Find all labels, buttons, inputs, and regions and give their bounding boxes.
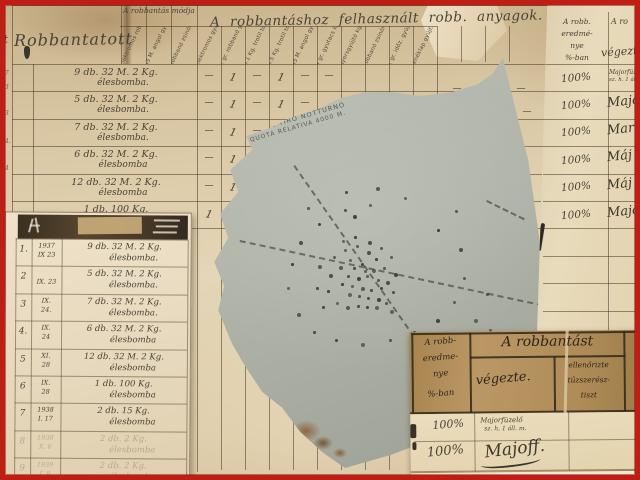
- materials-col-header: elektromos gyutacs: [197, 26, 221, 64]
- grid-hline: [543, 146, 640, 147]
- impact-dot: [383, 267, 386, 270]
- materials-col-header: 0.1 Kg. trotil töltény: [245, 26, 269, 64]
- impact-dot: [327, 290, 330, 293]
- inset-row-qty: 7 db. 32 M. 2 Kg.: [63, 297, 185, 308]
- grid-hline: [543, 256, 640, 257]
- grid-line: [470, 355, 626, 359]
- mode-col-header-label: Elektromos robbantó felszereléssel: [121, 26, 146, 64]
- band-torn-patch: [78, 217, 142, 235]
- grid-hline: [15, 348, 187, 350]
- materials-col-header-label: 2 gr. robbanó gyutacs: [221, 26, 245, 64]
- row-qty: 5 db. 32 M. 2 Kg.: [38, 94, 194, 105]
- impact-dot: [333, 256, 336, 259]
- inset-row-date2: 24.: [32, 305, 60, 313]
- impact-dot: [437, 229, 440, 232]
- executor-signature: Máj: [606, 148, 633, 166]
- inset-row-date1: IX.: [32, 324, 60, 332]
- executor-signature-note: sz. h. 1 áll. m.: [609, 77, 640, 83]
- grid-vline: [509, 26, 510, 62]
- row-type: élesbomba: [58, 188, 188, 198]
- impact-dot: [436, 319, 440, 323]
- ledger-mark: 1: [198, 206, 221, 223]
- inset-photo-table: 1.1937IX 239 db. 32 M. 2 Kg.élesbomba.2I…: [3, 211, 192, 478]
- grid-hline: [543, 283, 640, 284]
- impact-dot: [375, 306, 379, 310]
- inset-photo-signatures: A robb- eredme- nye %-ban A robbantást v…: [409, 330, 640, 478]
- ledger-mark: —: [199, 98, 219, 108]
- result-value: 100%: [551, 97, 602, 113]
- row-qty: 9 db. 32 M. 2 Kg.: [38, 67, 194, 78]
- crosshair-dashed-line-shallow: [240, 240, 544, 306]
- impact-dot: [361, 287, 365, 291]
- grid-hline: [12, 64, 545, 65]
- impact-dot: [392, 291, 395, 294]
- grid-vline: [197, 5, 198, 472]
- inset-row-date1: 1939: [31, 461, 59, 469]
- impact-dot: [364, 270, 367, 273]
- impact-dot: [394, 273, 398, 277]
- impact-dot: [366, 275, 369, 278]
- materials-col-header-label: gyorsgyújtó kgl. kno.: [341, 26, 365, 64]
- inset-row-num: 7: [15, 409, 29, 419]
- inset-row-date2: I. 17: [31, 415, 59, 423]
- impact-dot: [358, 295, 361, 298]
- grid-vline: [608, 12, 609, 335]
- grid-hline: [543, 201, 640, 202]
- inset-row-date2: X. 6: [31, 442, 59, 450]
- grid-hline: [15, 403, 187, 405]
- dashed-segment: [486, 200, 525, 220]
- impact-dot: [353, 267, 356, 270]
- executor-header-line: A ro: [611, 17, 628, 26]
- impact-dot: [385, 302, 388, 305]
- result-value: 100%: [551, 152, 602, 168]
- impact-dot: [354, 236, 357, 239]
- impact-dot: [377, 298, 381, 302]
- margin-fragment: 37: [1, 70, 9, 77]
- executor-signature: Mar: [606, 120, 635, 138]
- result-value: 100%: [551, 69, 602, 85]
- result-header-line: nye: [549, 41, 605, 50]
- row-qty: 7 db. 32 M. 2 Kg.: [38, 122, 194, 133]
- inset-executed-label: végezte.: [475, 369, 531, 388]
- ledger-mark: —: [199, 181, 219, 191]
- materials-col-header-label: 0.1 Kg. trotil töltény: [245, 26, 269, 64]
- mode-col-header-label: 35 M. angol gyújtó zsinórral: [146, 26, 171, 64]
- impact-dot: [336, 302, 339, 305]
- materials-col-header-label: 0.5 Kg. trotil töltény: [269, 26, 293, 64]
- impact-dot: [474, 319, 478, 323]
- inset-row-qty: 2 db. 15 Kg.: [63, 406, 185, 417]
- executor-signature: Majorfüzelő: [609, 69, 640, 76]
- impact-dot: [307, 207, 310, 210]
- impact-dot: [389, 339, 392, 342]
- ledger-mark: 1: [222, 124, 245, 141]
- inset-checked-line: ellenőrizte: [556, 360, 622, 370]
- impact-dot: [486, 293, 489, 296]
- impact-dot: [368, 241, 372, 245]
- materials-col-header-label: elektromos gyutacs: [197, 26, 221, 64]
- inset-row-date2: 28: [32, 388, 60, 396]
- inset-row-qty: 9 db. 32 M. 2 Kg.: [64, 242, 186, 253]
- inset-row-date2: 24: [32, 333, 60, 341]
- impact-dot: [356, 245, 359, 248]
- materials-col-header-label: 1 gr. időz. gyújtás gyutacs A-m.: [389, 26, 413, 64]
- band-small-text: [154, 219, 180, 221]
- impact-dot: [346, 306, 350, 310]
- grid-hline: [543, 228, 640, 229]
- materials-col-header-label: 35 M. angol gyújtó zsinór: [293, 26, 317, 64]
- impact-dot: [339, 266, 343, 270]
- ledger-mark: —: [512, 84, 530, 94]
- inset-result-header-line: A robb-: [413, 335, 468, 349]
- grid-hline: [543, 91, 640, 92]
- executor-signature: Major: [606, 202, 640, 221]
- result-header-line: A robb.: [549, 17, 605, 26]
- inset-row-date1: 1938: [32, 406, 60, 414]
- impact-dot: [390, 310, 394, 314]
- inset-row-qty: 12 db. 32 M. 2 Kg.: [63, 351, 185, 362]
- materials-col-header: fenéklap gyújt. kgl. km.: [413, 26, 437, 64]
- margin-fragment: 24: [1, 165, 9, 172]
- grid-vline: [485, 26, 486, 62]
- inset-row-num: 1.: [17, 244, 31, 254]
- impact-dot: [297, 313, 301, 317]
- executor-signature: Major: [606, 92, 640, 111]
- impact-dot: [291, 263, 294, 266]
- band-chalk-mark: [30, 225, 40, 227]
- mode-col-header: 35 M. angol gyújtó zsinórral: [146, 26, 171, 64]
- result-value: 100%: [551, 206, 602, 222]
- inset-row-type: élesbomba.: [84, 253, 184, 264]
- inset-row-qty: 5 db. 32 M. 2 Kg.: [63, 269, 185, 280]
- grid-hline: [15, 321, 187, 323]
- result-value: 100%: [551, 179, 602, 195]
- grid-hline: [16, 238, 188, 240]
- column-title-mode: A robbantás módja: [123, 7, 195, 16]
- impact-dot: [287, 287, 290, 290]
- mode-col-header-label: Robbanó zsinórral: [171, 26, 196, 64]
- materials-col-header: 2 gr. robbanó gyutacs: [221, 26, 245, 64]
- column-title-robbantatott: Robbantatott: [14, 29, 133, 50]
- ledger-mark: —: [319, 71, 339, 81]
- impact-dot: [348, 293, 352, 297]
- materials-col-header-label: fenéklap gyújt. kgl. km.: [413, 26, 437, 64]
- ledger-mark: 1: [222, 69, 245, 86]
- grid-hline: [543, 311, 640, 312]
- impact-dot: [353, 215, 357, 219]
- impact-dot: [369, 204, 372, 207]
- ledger-mark: —: [199, 71, 219, 81]
- inset-signature-name: Majorfüzelő: [480, 416, 523, 424]
- impact-dot: [318, 265, 322, 269]
- grid-hline: [12, 5, 637, 6]
- grid-hline: [14, 430, 186, 432]
- impact-dot: [455, 210, 458, 213]
- inset-row-date1: 1938: [31, 433, 59, 441]
- row-type: élesbomba: [58, 160, 188, 170]
- inset-row-type: élesbomba: [82, 417, 182, 428]
- ledger-mark: —: [518, 107, 536, 117]
- inset-row-date1: 1937: [33, 242, 61, 250]
- inset-row-num: 9: [15, 464, 29, 474]
- impact-dot: [390, 256, 393, 259]
- photographed-ledger-page: lt Robbantatott A robbantás módja A robb…: [0, 0, 640, 480]
- inset-row-type: élesbomba: [82, 472, 182, 479]
- inset-row-date1: IX.: [32, 296, 60, 304]
- impact-dot: [370, 289, 373, 292]
- grid-hline: [15, 375, 187, 377]
- inset-row-num: 2: [16, 272, 30, 282]
- inset-row-type: élesbomba.: [83, 308, 183, 319]
- inset-row-date1: XI.: [32, 351, 60, 359]
- row-type: élesbomba.: [58, 105, 188, 115]
- dark-edge-speck: [412, 442, 416, 450]
- result-value: 100%: [551, 124, 602, 140]
- inset-result-header-line: eredme-: [413, 351, 468, 365]
- inset-checked-line: tiszt: [556, 390, 622, 400]
- margin-fragment: 8: [1, 192, 5, 199]
- margin-fragment: 23: [1, 110, 9, 117]
- materials-col-header: gyorsgyújtó kgl. kno.: [341, 26, 365, 64]
- ledger-mark: —: [295, 98, 315, 108]
- grid-hline: [14, 458, 186, 460]
- ledger-mark: 1: [270, 96, 293, 113]
- grid-hline: [16, 266, 188, 268]
- impact-dot: [361, 343, 365, 347]
- impact-dot: [344, 249, 347, 252]
- inset-row-type: élesbomba.: [83, 280, 183, 291]
- inset-row-type: élesbomba: [83, 362, 183, 373]
- left-edge-fragment: lt: [0, 33, 8, 46]
- inset-row-num: 4.: [16, 327, 30, 337]
- row-type: élesbomba.: [58, 133, 188, 143]
- mode-col-header: Robbanó zsinórral: [171, 26, 196, 64]
- impact-dot: [372, 269, 376, 273]
- dark-edge-speck: [410, 424, 416, 438]
- inset-row-date1: IX.: [32, 379, 60, 387]
- grid-vline: [221, 26, 222, 470]
- inset-row-num: 8: [15, 436, 29, 446]
- impact-dot: [322, 306, 325, 309]
- grid-vline: [186, 240, 189, 476]
- grid-hline: [543, 119, 640, 120]
- inset-row-type: élesbomba: [83, 335, 183, 346]
- ledger-mark: 1: [222, 96, 245, 113]
- inset-row-qty: 2 db. 2 Kg.: [62, 461, 184, 472]
- inset-row-qty: 6 db. 32 M. 2 Kg.: [63, 324, 185, 335]
- impact-dot: [463, 277, 466, 280]
- executor-header-line: végezte: [601, 44, 640, 60]
- ledger-mark: 1: [270, 69, 293, 86]
- impact-dot: [357, 277, 361, 281]
- result-header-line: %-ban: [549, 53, 605, 62]
- impact-dot: [453, 301, 456, 304]
- grid-vline: [461, 26, 462, 62]
- impact-dot: [299, 241, 303, 245]
- row-type: élesbomba.: [58, 78, 188, 88]
- impact-dot: [341, 283, 344, 286]
- grid-hline: [543, 64, 640, 65]
- inset-row-num: 6: [16, 381, 30, 391]
- impact-dot: [335, 339, 338, 342]
- rust-stain: [333, 448, 347, 458]
- inset-signature-note: sz. h. 1 áll. m.: [484, 425, 526, 432]
- grid-hline: [15, 293, 187, 295]
- margin-fragment: 23: [1, 84, 9, 91]
- inset-row-date2: IX. 23: [32, 278, 60, 286]
- impact-dot: [344, 209, 347, 212]
- inset-row-num: 5: [16, 354, 30, 364]
- band-small-text: [153, 231, 177, 233]
- inset-row-type: élesbomba: [82, 445, 182, 456]
- impact-dot: [459, 248, 463, 252]
- impact-dot: [351, 285, 354, 288]
- row-qty: 6 db. 32 M. 2 Kg.: [38, 149, 194, 160]
- inset-row-num: 3: [16, 299, 30, 309]
- materials-col-header: 3 gr. gyutacs kno.: [317, 26, 341, 64]
- impact-dot: [357, 305, 360, 308]
- impact-dot: [377, 279, 380, 282]
- inset-span-title: A robbantást: [471, 333, 623, 351]
- impact-dot: [380, 247, 383, 250]
- impact-dot: [367, 297, 370, 300]
- inset-row-qty: 2 db. 2 Kg.: [62, 434, 184, 445]
- materials-col-header-label: 3 gr. gyutacs kno.: [317, 26, 341, 64]
- impact-dot: [329, 274, 333, 278]
- inset-row-date2: IX 23: [33, 251, 61, 259]
- impact-dot: [375, 258, 378, 261]
- row-qty: 12 db. 32 M. 2 Kg.: [38, 177, 194, 188]
- impact-dot: [342, 240, 345, 243]
- inset-row-type: élesbomba: [83, 390, 183, 401]
- materials-col-header: robbanó zsinór kgl. km.: [365, 26, 389, 64]
- right-ledger-page: A robb. eredmé- nye %-ban A ro végezte 1…: [537, 5, 640, 335]
- impact-dot: [376, 187, 380, 191]
- ledger-mark: —: [199, 126, 219, 136]
- inset-checked-line: tűzszerész-: [556, 375, 622, 385]
- ledger-mark: —: [295, 71, 315, 81]
- band-small-text: [156, 225, 178, 227]
- impact-dot: [318, 223, 321, 226]
- ledger-mark: —: [247, 98, 267, 108]
- inset-row-date2: 28: [32, 360, 60, 368]
- executor-signature: Máj: [606, 175, 633, 193]
- ledger-mark: —: [247, 71, 267, 81]
- result-header-line: eredmé-: [549, 29, 605, 38]
- materials-col-header: 35 M. angol gyújtó zsinór: [293, 26, 317, 64]
- mode-col-header: Elektromos robbantó felszereléssel: [121, 26, 146, 64]
- grid-hline: [543, 174, 640, 175]
- impact-dot: [349, 259, 352, 262]
- impact-dot: [404, 197, 407, 200]
- impact-dot: [345, 191, 348, 194]
- inset-result-header-line: %-ban: [414, 387, 469, 401]
- materials-col-header-label: robbanó zsinór kgl. km.: [365, 26, 389, 64]
- ledger-mark: —: [199, 153, 219, 163]
- inset-row-qty: 1 db. 100 Kg.: [63, 379, 185, 390]
- impact-dot: [367, 251, 371, 255]
- impact-dot: [386, 281, 390, 285]
- impact-dot: [316, 287, 319, 290]
- impact-dot: [313, 331, 316, 334]
- impact-dot: [366, 306, 369, 309]
- grid-line: [623, 331, 626, 411]
- inset-result-header-line: nye: [413, 367, 468, 381]
- margin-fragment: 24.: [1, 138, 11, 145]
- materials-col-header: 0.5 Kg. trotil töltény: [269, 26, 293, 64]
- impact-dot: [347, 275, 350, 278]
- grid-line: [635, 331, 638, 411]
- materials-col-header: 1 gr. időz. gyújtás gyutacs A-m.: [389, 26, 413, 64]
- inset-row-date2: I. 8: [31, 470, 59, 478]
